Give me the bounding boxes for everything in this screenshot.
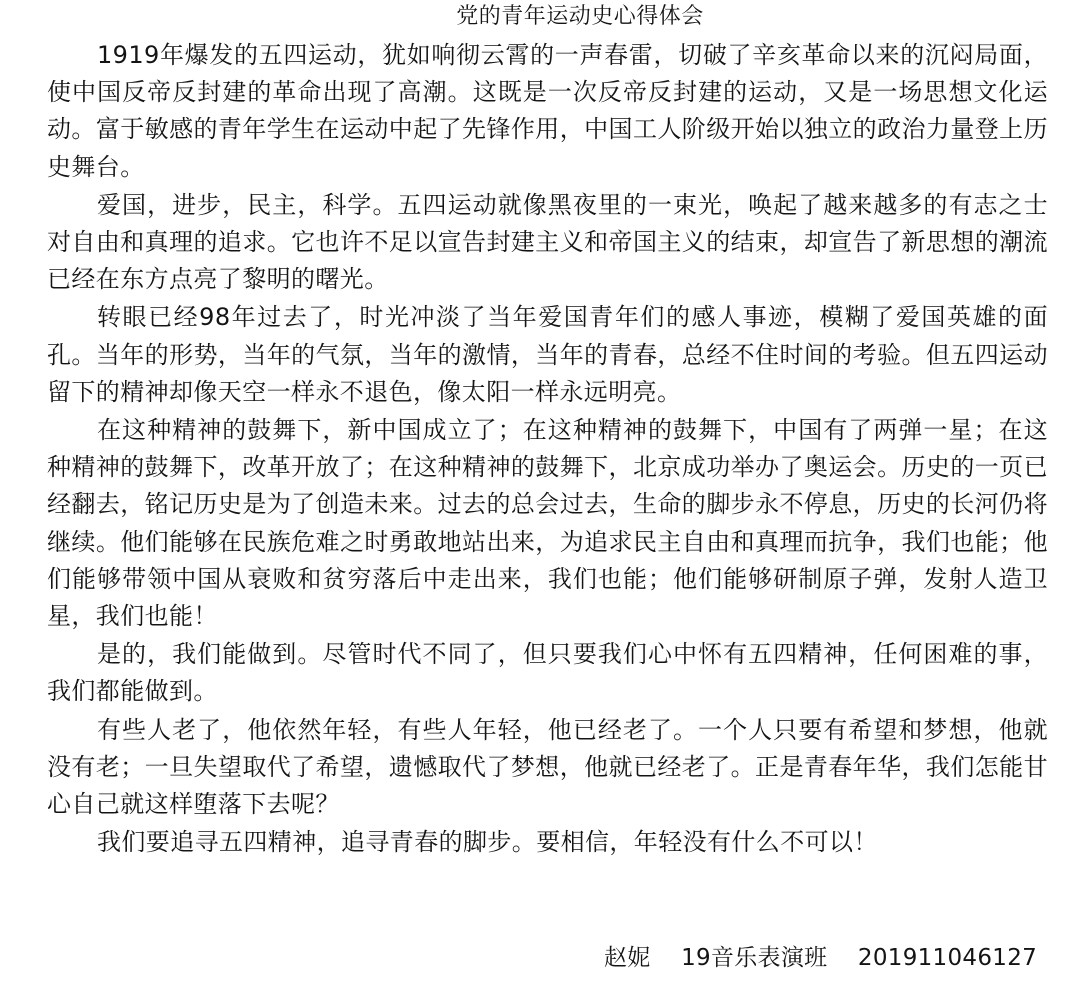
author-name: 赵妮 (604, 943, 651, 973)
signature: 赵妮 19音乐表演班 201911046127 (604, 943, 1037, 973)
student-id: 201911046127 (858, 943, 1037, 973)
author-class: 19音乐表演班 (681, 943, 827, 973)
document-title: 党的青年运动史心得体会 (0, 2, 1080, 32)
document-body: 1919年爆发的五四运动，犹如响彻云霄的一声春雷，切破了辛亥革命以来的沉闷局面，… (47, 37, 1048, 861)
paragraph-7: 我们要追寻五四精神，追寻青春的脚步。要相信，年轻没有什么不可以！ (47, 824, 1048, 861)
paragraph-3: 转眼已经98年过去了，时光冲淡了当年爱国青年们的感人事迹，模糊了爱国英雄的面孔。… (47, 299, 1048, 411)
paragraph-6: 有些人老了，他依然年轻，有些人年轻，他已经老了。一个人只要有希望和梦想，他就没有… (47, 712, 1048, 824)
paragraph-1: 1919年爆发的五四运动，犹如响彻云霄的一声春雷，切破了辛亥革命以来的沉闷局面，… (47, 37, 1048, 186)
paragraph-5: 是的，我们能做到。尽管时代不同了，但只要我们心中怀有五四精神，任何困难的事，我们… (47, 636, 1048, 710)
paragraph-4: 在这种精神的鼓舞下，新中国成立了；在这种精神的鼓舞下，中国有了两弹一星；在这种精… (47, 412, 1048, 635)
paragraph-2: 爱国，进步，民主，科学。五四运动就像黑夜里的一束光，唤起了越来越多的有志之士对自… (47, 187, 1048, 299)
